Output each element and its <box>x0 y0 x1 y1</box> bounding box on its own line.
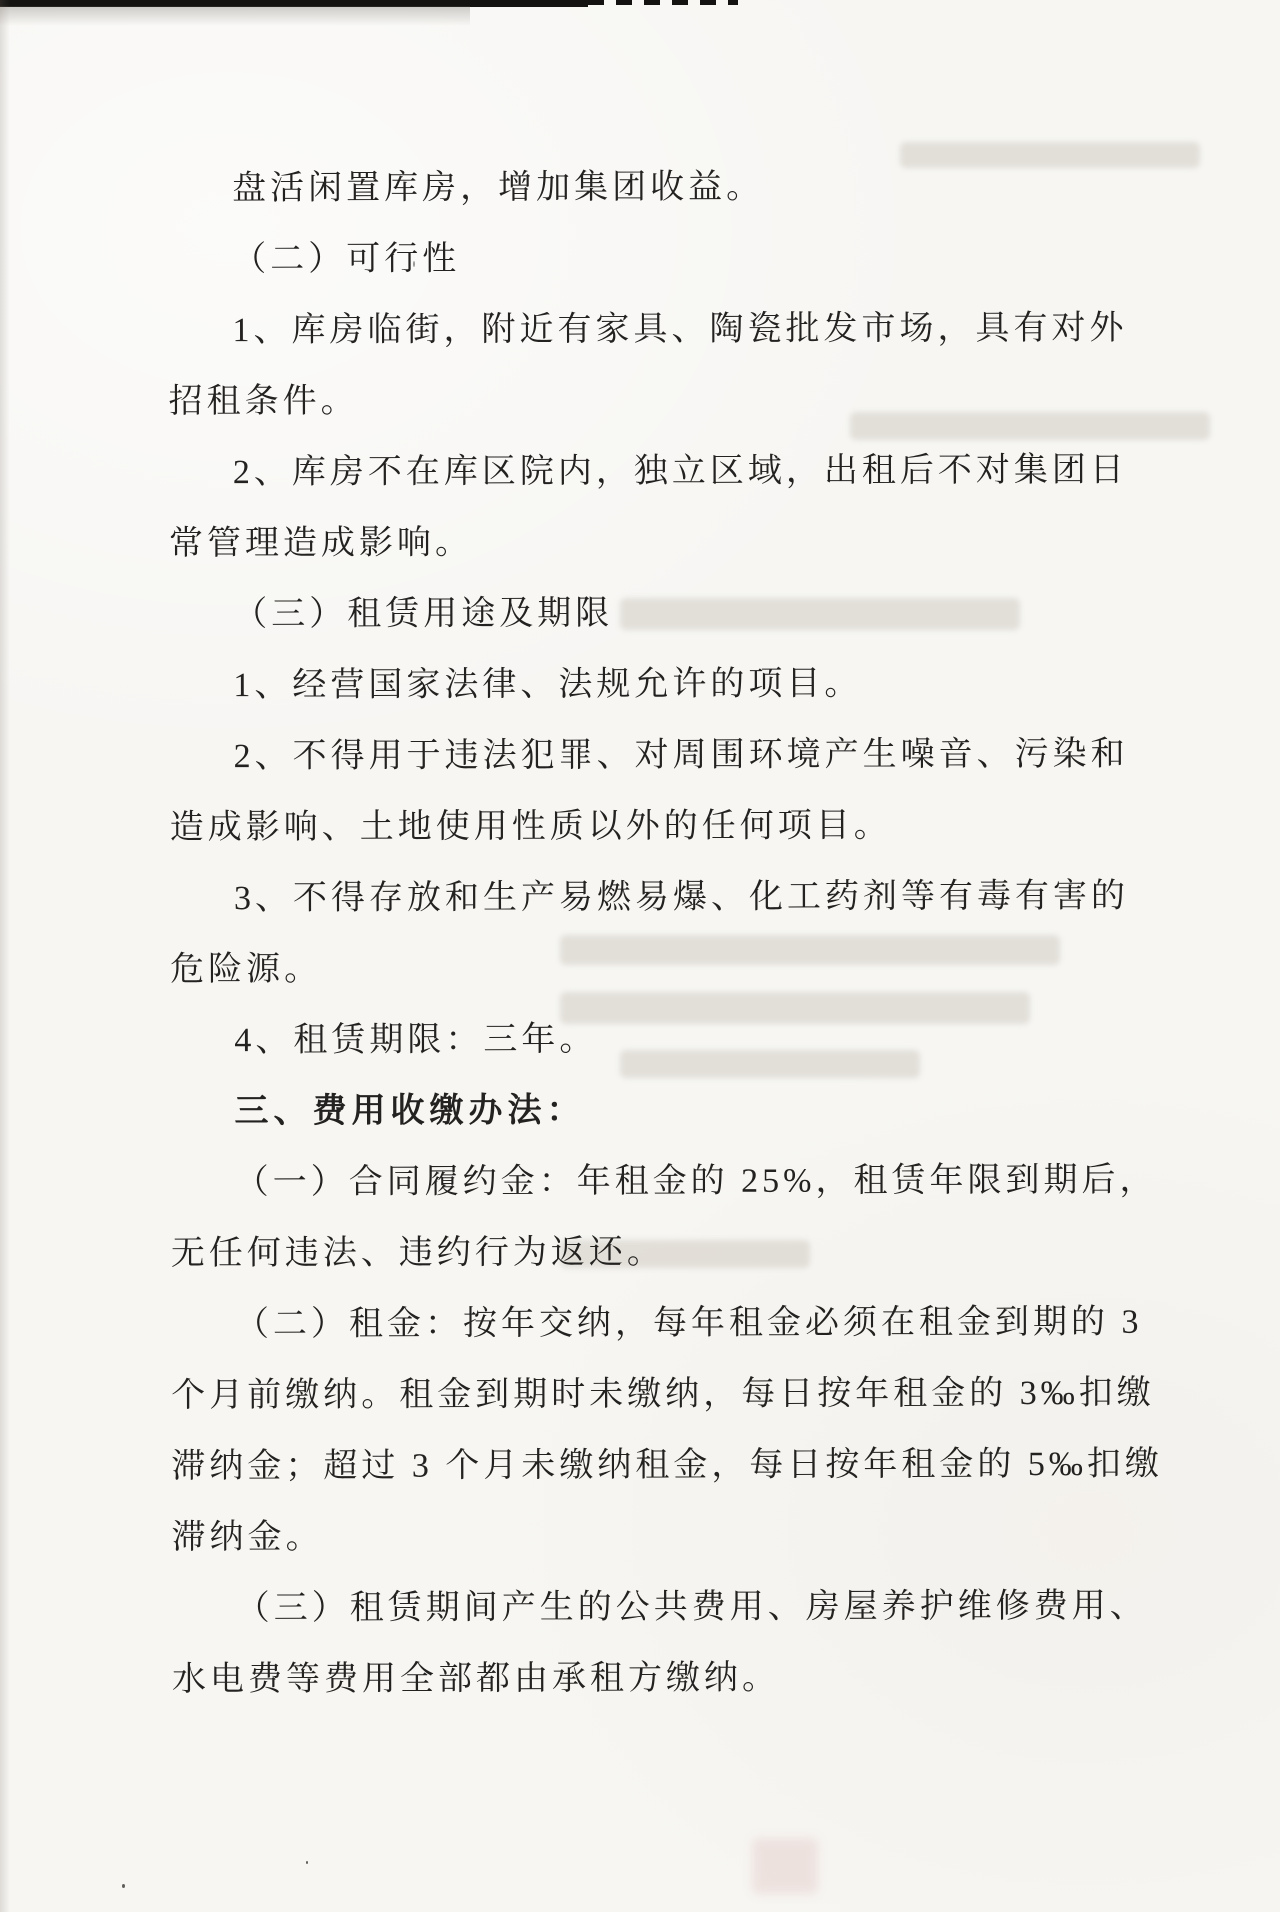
text-line: （三）租赁期间产生的公共费用、房屋养护维修费用、 <box>172 1567 1124 1640</box>
scan-edge-artifact <box>588 0 738 5</box>
text-line: 无任何违法、违约行为返还。 <box>171 1212 1123 1285</box>
text-line: 盘活闲置库房，增加集团收益。 <box>168 147 1120 220</box>
text-line: 水电费等费用全部都由承租方缴纳。 <box>172 1638 1124 1711</box>
scan-speck <box>122 1884 125 1888</box>
text-line: 个月前缴纳。租金到期时未缴纳，每日按年租金的 3‰扣缴 <box>171 1354 1123 1427</box>
text-line: 4、租赁期限：三年。 <box>170 999 1122 1072</box>
text-line: 招租条件。 <box>169 360 1121 433</box>
text-line: 1、经营国家法律、法规允许的项目。 <box>169 644 1121 717</box>
text-line: 常管理造成影响。 <box>169 502 1121 575</box>
section-heading-3: （三）租赁用途及期限 <box>169 573 1121 646</box>
scan-edge-shading <box>0 0 10 1912</box>
text-line: 滞纳金。 <box>171 1496 1123 1569</box>
scanned-document-page: 盘活闲置库房，增加集团收益。 （二）可行性 1、库房临街，附近有家具、陶瓷批发市… <box>0 0 1280 1912</box>
text-line: 2、不得用于违法犯罪、对周围环境产生噪音、污染和 <box>169 715 1121 788</box>
text-line: （一）合同履约金：年租金的 25%，租赁年限到期后， <box>171 1141 1123 1214</box>
text-line: 滞纳金；超过 3 个月未缴纳租金，每日按年租金的 5‰扣缴 <box>171 1425 1123 1498</box>
text-line: 危险源。 <box>170 928 1122 1001</box>
section-heading-2: （二）可行性 <box>168 218 1120 291</box>
text-line: （二）租金：按年交纳，每年租金必须在租金到期的 3 <box>171 1283 1123 1356</box>
section-heading-fees: 三、费用收缴办法： <box>170 1070 1122 1143</box>
text-line: 1、库房临街，附近有家具、陶瓷批发市场，具有对外 <box>168 289 1120 362</box>
scan-speck <box>306 1861 308 1864</box>
scan-streak-artifact <box>0 6 470 26</box>
scan-smudge <box>752 1838 818 1894</box>
text-line: 2、库房不在库区院内，独立区域，出租后不对集团日 <box>169 431 1121 504</box>
text-line: 3、不得存放和生产易燃易爆、化工药剂等有毒有害的 <box>170 857 1122 930</box>
text-line: 造成影响、土地使用性质以外的任何项目。 <box>170 786 1122 859</box>
document-body: 盘活闲置库房，增加集团收益。 （二）可行性 1、库房临街，附近有家具、陶瓷批发市… <box>168 147 1124 1711</box>
